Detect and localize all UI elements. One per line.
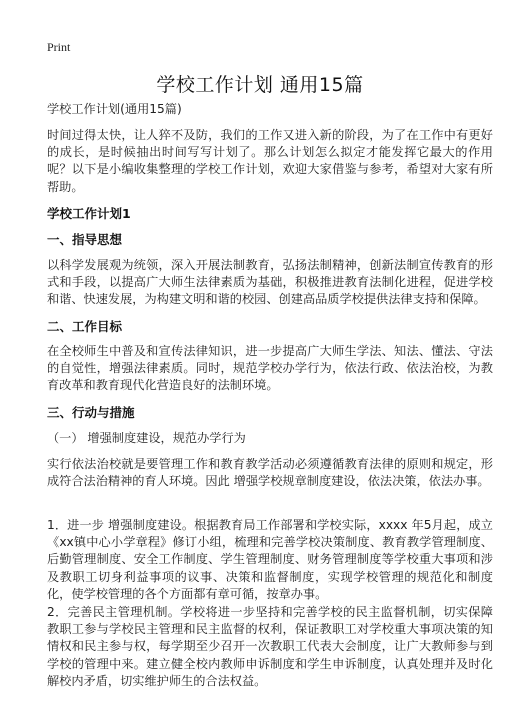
section-title: 学校工作计划1 bbox=[47, 205, 493, 222]
list-item-2: 2．完善民主管理机制。学校将进一步坚持和完善学校的民主监督机制，切实保障教职工参… bbox=[47, 604, 493, 690]
print-label: Print bbox=[47, 40, 70, 55]
document-title: 学校工作计划 通用15篇 bbox=[0, 70, 520, 97]
document-subtitle: 学校工作计划(通用15篇) bbox=[47, 101, 493, 118]
paragraph-rule-of-law: 实行依法治校就是要管理工作和教育教学活动必须遵循教育法律的原则和规定，形成符合法… bbox=[47, 456, 493, 490]
heading-actions: 三、行动与措施 bbox=[47, 404, 493, 421]
list-item-1: 1．进一步 增强制度建设。根据教育局工作部署和学校实际，xxxx 年5月起，成立… bbox=[47, 517, 493, 603]
paragraph-work-goals: 在全校师生中普及和宣传法律知识，进一步提高广大师生学法、知法、懂法、守法的自觉性… bbox=[47, 343, 493, 395]
subheading-system-building: （一） 增强制度建设，规范办学行为 bbox=[47, 430, 493, 447]
paragraph-guiding-ideology: 以科学发展观为统领，深入开展法制教育，弘扬法制精神，创新法制宣传教育的形式和手段… bbox=[47, 257, 493, 309]
heading-guiding-ideology: 一、指导思想 bbox=[47, 231, 493, 248]
intro-paragraph: 时间过得太快，让人猝不及防，我们的工作又进入新的阶段，为了在工作中有更好的成长，… bbox=[47, 127, 493, 196]
heading-work-goals: 二、工作目标 bbox=[47, 318, 493, 335]
